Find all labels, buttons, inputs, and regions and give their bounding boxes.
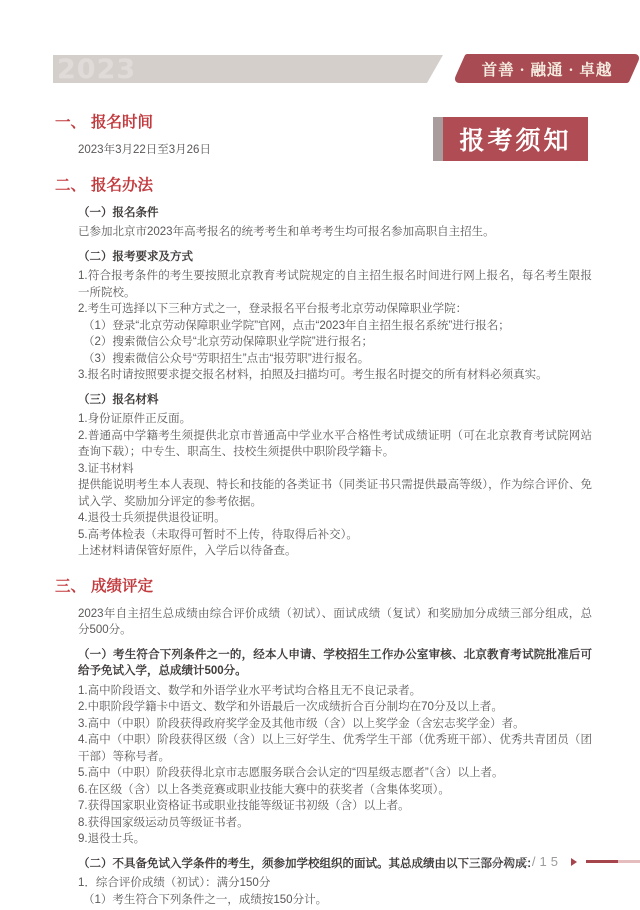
paragraph: 已参加北京市2023年高考报名的统考考生和单考考生均可报名参加高职自主招生。 xyxy=(78,224,592,241)
section-heading: 三、成绩评定 xyxy=(55,577,590,597)
motto-badge-inner: 首善 · 融通 · 卓越 xyxy=(459,54,635,83)
paragraph: 1.符合报考条件的考生要按照北京教育考试院规定的自主招生报名时间进行网上报名，每… xyxy=(78,268,592,301)
paragraph: 2.中职阶段学籍卡中语文、数学和外语最后一次成绩折合百分制均在70分及以上者。 xyxy=(78,699,592,716)
paragraph: 1.高中阶段语文、数学和外语学业水平考试均合格且无不良记录者。 xyxy=(78,683,592,700)
sub-heading: （一）考生符合下列条件之一的，经本人申请、学校招生工作办公室审核、北京教育考试院… xyxy=(78,647,592,680)
paragraph: 1.身份证原件正反面。 xyxy=(78,411,592,428)
paragraph: 1．综合评价成绩（初试）：满分150分 xyxy=(78,875,592,892)
paragraph: 8.获得国家级运动员等级证书者。 xyxy=(78,815,592,832)
paragraph: 2.考生可选择以下三种方式之一，登录报名平台报考北京劳动保障职业学院： xyxy=(78,301,592,318)
paragraph: （3）搜索微信公众号“劳职招生”点击“报劳职”进行报名。 xyxy=(83,351,592,368)
paragraph: （2）搜索微信公众号“北京劳动保障职业学院”进行报名； xyxy=(83,334,592,351)
sub-heading: （一）报名条件 xyxy=(78,205,592,222)
motto-badge: 首善 · 融通 · 卓越 xyxy=(453,54,640,83)
paragraph: 7.获得国家职业资格证书或职业技能等级证书初级（含）以上者。 xyxy=(78,798,592,815)
footer-divider-dark xyxy=(586,860,618,863)
paragraph: 9.退役士兵。 xyxy=(78,831,592,848)
page-number-label: PAGE/15 xyxy=(481,854,562,869)
year-label: 2023 xyxy=(53,56,136,83)
paragraph: 2023年自主招生总成绩由综合评价成绩（初试）、面试成绩（复试）和奖励加分成绩三… xyxy=(78,606,592,639)
section-number: 一、 xyxy=(55,114,86,131)
paragraph: 2.普通高中学籍考生须提供北京市普通高中学业水平合格性考试成绩证明（可在北京教育… xyxy=(78,428,592,461)
section-title: 报名办法 xyxy=(91,177,153,194)
section-registration-method: 二、报名办法（一）报名条件已参加北京市2023年高考报名的统考考生和单考考生均可… xyxy=(55,176,590,560)
arrow-right-icon xyxy=(571,858,577,866)
section-registration-time: 一、报名时间2023年3月22日至3月26日 xyxy=(55,113,590,159)
page-footer: PAGE/15 xyxy=(481,854,640,869)
header-year-band: 2023 xyxy=(53,55,443,83)
paragraph: 提供能说明考生本人表现、特长和技能的各类证书（同类证书只需提供最高等级），作为综… xyxy=(78,477,592,510)
paragraph: 3.报名时请按照要求提交报名材料，拍照及扫描均可。考生报名时提交的所有材料必须真… xyxy=(78,367,592,384)
paragraph: 2023年3月22日至3月26日 xyxy=(78,142,592,159)
section-title: 报名时间 xyxy=(91,114,153,131)
sub-heading: （三）报名材料 xyxy=(78,392,592,409)
paragraph: 5.高中（中职）阶段获得北京市志愿服务联合会认定的“四星级志愿者”（含）以上者。 xyxy=(78,765,592,782)
paragraph: 3.证书材料 xyxy=(78,461,592,478)
footer-divider-light xyxy=(618,860,640,863)
paragraph: （1）登录“北京劳动保障职业学院”官网，点击“2023年自主招生报名系统”进行报… xyxy=(83,318,592,335)
paragraph: 6.在区级（含）以上各类竞赛或职业技能大赛中的获奖者（含集体奖项）。 xyxy=(78,782,592,799)
paragraph: （1）考生符合下列条件之一，成绩按150分计。 xyxy=(83,892,592,909)
paragraph: 4.退役士兵须提供退役证明。 xyxy=(78,510,592,527)
section-heading: 一、报名时间 xyxy=(55,113,590,133)
section-number: 二、 xyxy=(55,177,86,194)
paragraph: 上述材料请保管好原件，入学后以待备查。 xyxy=(78,543,592,560)
section-title: 成绩评定 xyxy=(91,578,153,595)
section-heading: 二、报名办法 xyxy=(55,176,590,196)
paragraph: 5.高考体检表（未取得可暂时不上传，待取得后补交）。 xyxy=(78,527,592,544)
paragraph: 3.高中（中职）阶段获得政府奖学金及其他市级（含）以上奖学金（含宏志奖学金）者。 xyxy=(78,716,592,733)
sub-heading: （二）报考要求及方式 xyxy=(78,249,592,266)
document-sections: 一、报名时间2023年3月22日至3月26日二、报名办法（一）报名条件已参加北京… xyxy=(55,113,590,908)
motto-label: 首善 · 融通 · 卓越 xyxy=(482,58,613,80)
paragraph: 4.高中（中职）阶段获得区级（含）以上三好学生、优秀学生干部（优秀班干部）、优秀… xyxy=(78,732,592,765)
section-number: 三、 xyxy=(55,578,86,595)
